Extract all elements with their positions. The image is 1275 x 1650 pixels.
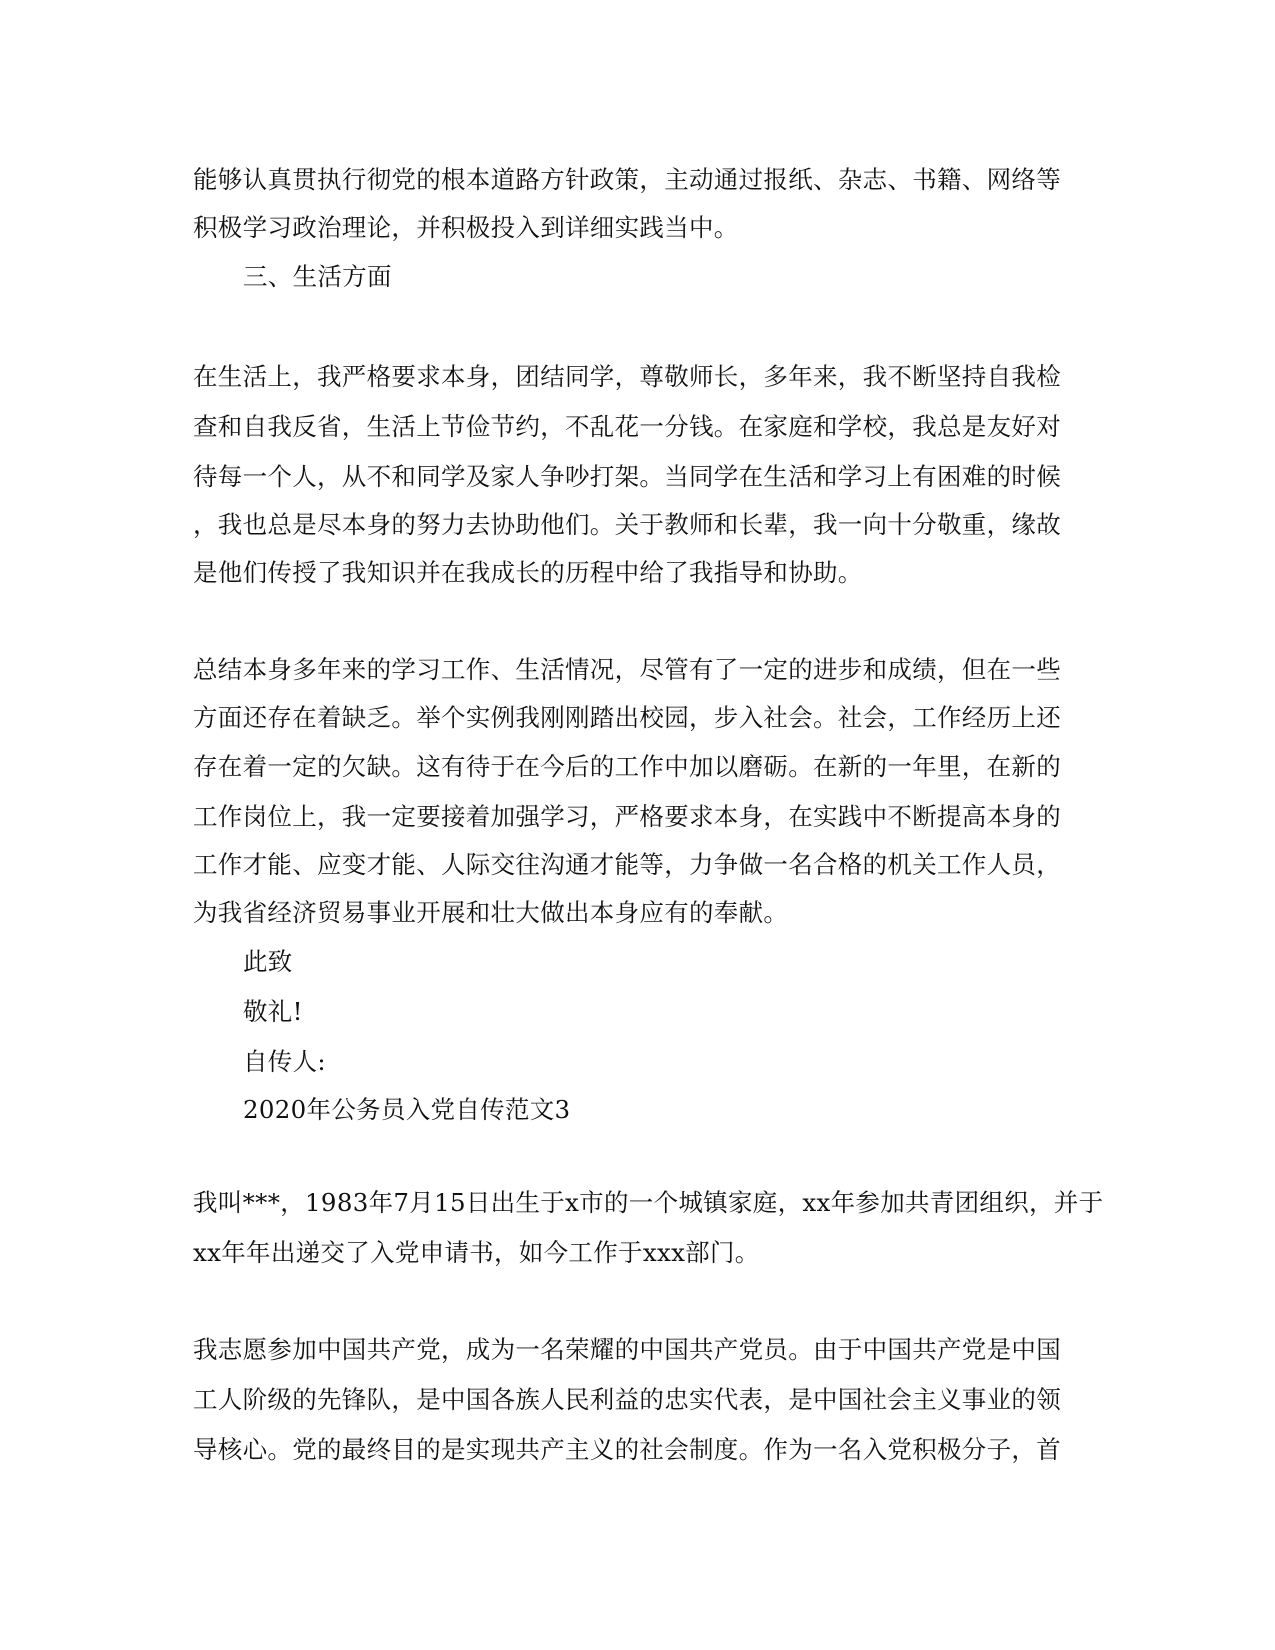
- text-line: 工人阶级的先锋队，是中国各族人民利益的忠实代表，是中国社会主义事业的领: [193, 1385, 1093, 1415]
- text-line: 在生活上，我严格要求本身，团结同学，尊敬师长，多年来，我不断坚持自我检: [193, 362, 1093, 392]
- text-line: 导核心。党的最终目的是实现共产主义的社会制度。作为一名入党积极分子，首: [193, 1435, 1093, 1465]
- text-line: ，我也总是尽本身的努力去协助他们。关于教师和长辈，我一向十分敬重，缘故: [193, 510, 1093, 540]
- text-line: 此致: [243, 947, 1143, 977]
- text-line: 我志愿参加中国共产党，成为一名荣耀的中国共产党员。由于中国共产党是中国: [193, 1335, 1093, 1365]
- text-line: 查和自我反省，生活上节俭节约，不乱花一分钱。在家庭和学校，我总是友好对: [193, 412, 1093, 442]
- text-line: 方面还存在着缺乏。举个实例我刚刚踏出校园，步入社会。社会，工作经历上还: [193, 703, 1093, 733]
- text-line: 待每一个人，从不和同学及家人争吵打架。当同学在生活和学习上有困难的时候: [193, 462, 1093, 492]
- document-page: 能够认真贯执行彻党的根本道路方针政策，主动通过报纸、杂志、书籍、网络等积极学习政…: [0, 0, 1275, 1650]
- text-line: 敬礼!: [243, 997, 1143, 1027]
- text-line: 是他们传授了我知识并在我成长的历程中给了我指导和协助。: [193, 558, 1093, 588]
- text-line: 自传人:: [243, 1047, 1143, 1077]
- text-line: 三、生活方面: [243, 262, 1143, 292]
- text-line: 工作才能、应变才能、人际交往沟通才能等，力争做一名合格的机关工作人员，: [193, 850, 1093, 880]
- text-line: xx年年出递交了入党申请书，如今工作于xxx部门。: [193, 1238, 1093, 1268]
- text-line: 能够认真贯执行彻党的根本道路方针政策，主动通过报纸、杂志、书籍、网络等: [193, 165, 1093, 195]
- text-line: 积极学习政治理论，并积极投入到详细实践当中。: [193, 213, 1093, 243]
- text-line: 存在着一定的欠缺。这有待于在今后的工作中加以磨砺。在新的一年里，在新的: [193, 752, 1093, 782]
- text-line: 工作岗位上，我一定要接着加强学习，严格要求本身，在实践中不断提高本身的: [193, 802, 1093, 832]
- text-line: 我叫***，1983年7月15日出生于x市的一个城镇家庭，xx年参加共青团组织，…: [193, 1188, 1093, 1218]
- text-line: 为我省经济贸易事业开展和壮大做出本身应有的奉献。: [193, 898, 1093, 928]
- text-line: 2020年公务员入党自传范文3: [243, 1095, 1143, 1125]
- text-line: 总结本身多年来的学习工作、生活情况，尽管有了一定的进步和成绩，但在一些: [193, 655, 1093, 685]
